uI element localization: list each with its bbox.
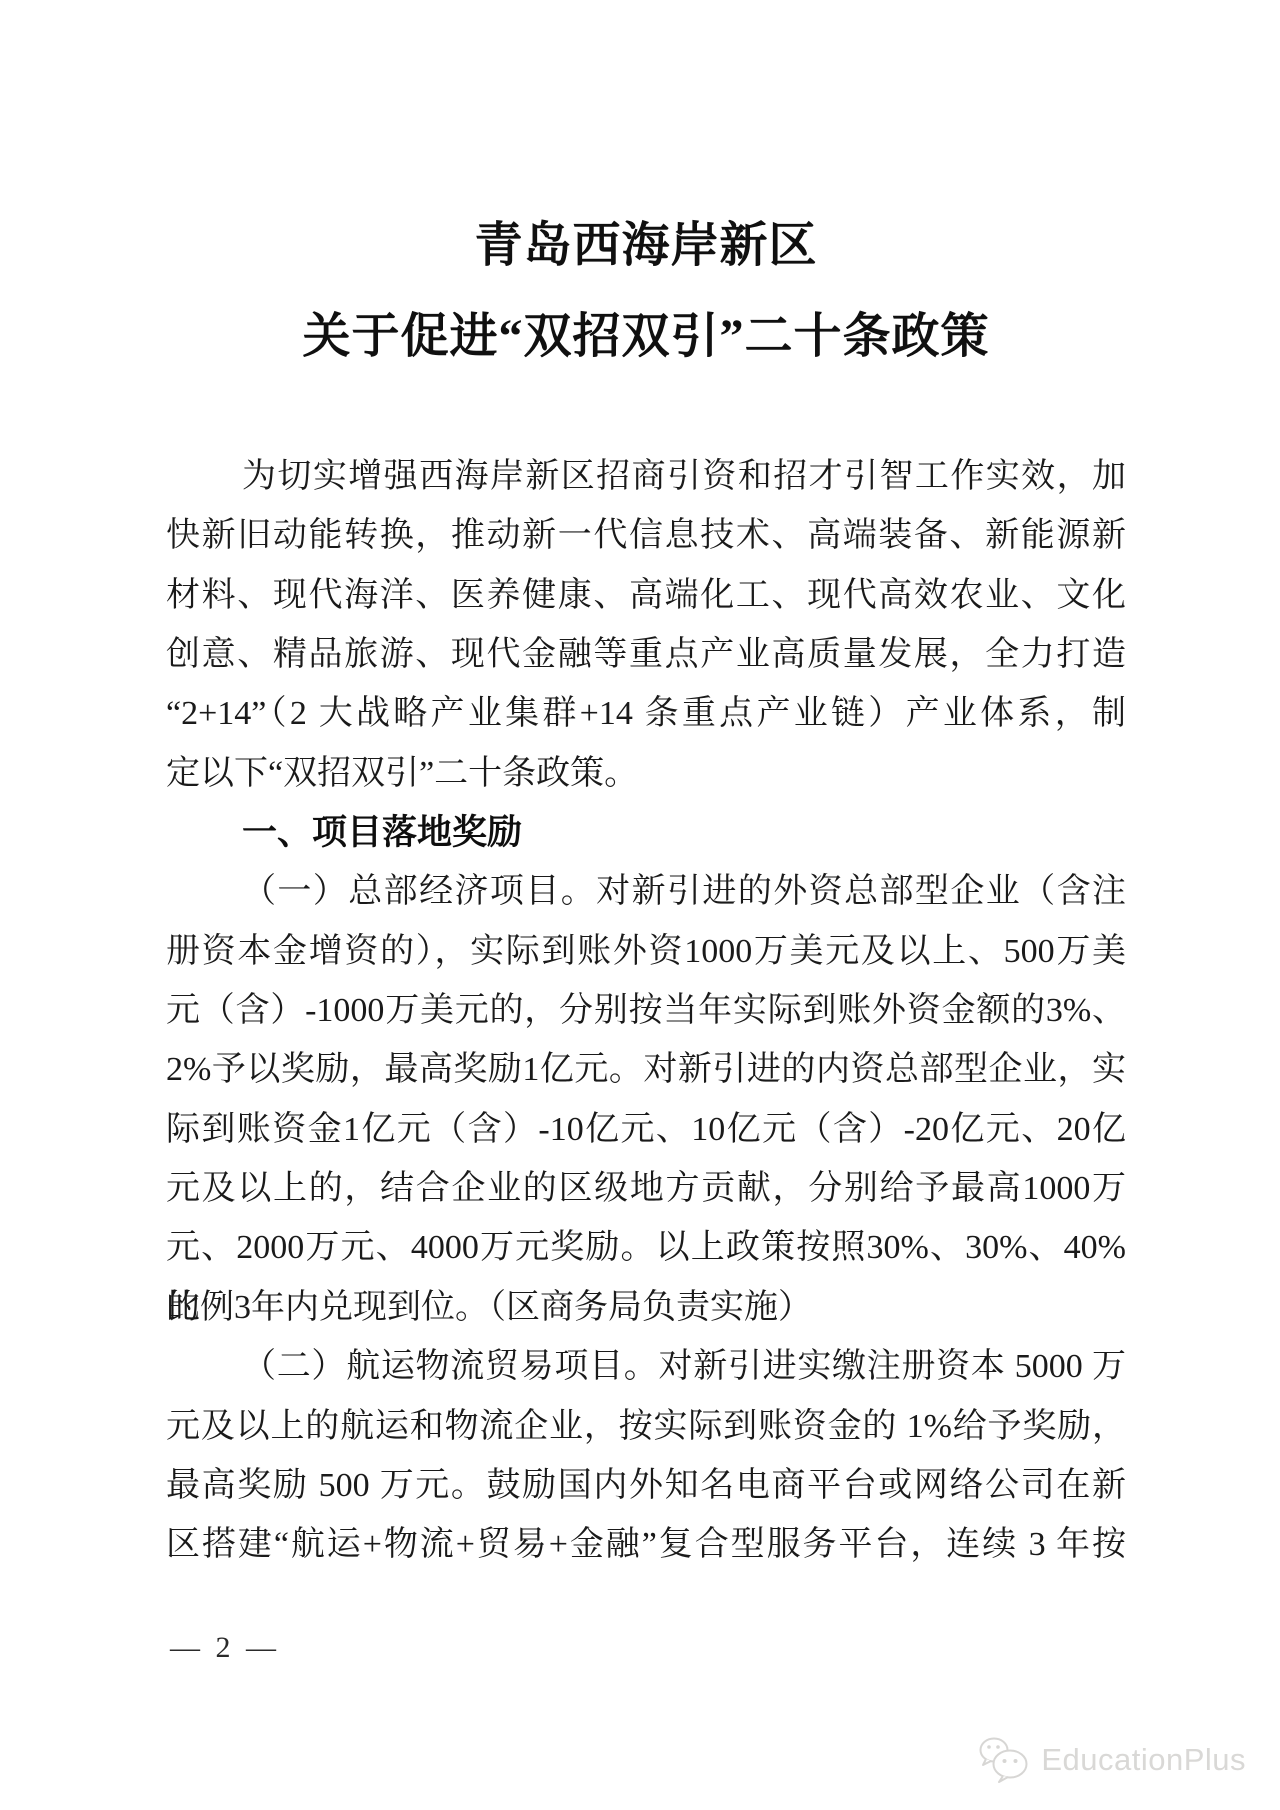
document-page: 青岛西海岸新区 关于促进“双招双引”二十条政策 为切实增强西海岸新区招商引资和招… bbox=[0, 0, 1280, 1810]
body-line-6: 定以下“双招双引”二十条政策。 bbox=[166, 744, 1126, 803]
body-line-13: 元及以上的，结合企业的区级地方贡献，分别给予最高1000万 bbox=[166, 1159, 1126, 1218]
watermark: EducationPlus bbox=[977, 1736, 1246, 1784]
body-line-19: 区搭建“航运+物流+贸易+金融”复合型服务平台，连续 3 年按 bbox=[166, 1515, 1126, 1574]
doc-body: 为切实增强西海岸新区招商引资和招才引智工作实效，加快新旧动能转换，推动新一代信息… bbox=[166, 447, 1126, 1575]
wechat-icon bbox=[977, 1736, 1031, 1784]
body-line-17: 元及以上的航运和物流企业，按实际到账资金的 1%给予奖励， bbox=[166, 1397, 1126, 1456]
body-line-11: 2%予以奖励，最高奖励1亿元。对新引进的内资总部型企业，实 bbox=[166, 1040, 1126, 1099]
watermark-label: EducationPlus bbox=[1041, 1738, 1246, 1782]
body-line-9: 册资本金增资的），实际到账外资1000万美元及以上、500万美 bbox=[166, 922, 1126, 981]
page-number: — 2 — bbox=[170, 1628, 280, 1668]
doc-title-line2: 关于促进“双招双引”二十条政策 bbox=[166, 301, 1126, 373]
body-line-8: （一）总部经济项目。对新引进的外资总部型企业（含注 bbox=[166, 862, 1126, 921]
body-line-7: 一、项目落地奖励 bbox=[166, 803, 1126, 862]
body-line-18: 最高奖励 500 万元。鼓励国内外知名电商平台或网络公司在新 bbox=[166, 1456, 1126, 1515]
body-line-4: 创意、精品旅游、现代金融等重点产业高质量发展，全力打造 bbox=[166, 625, 1126, 684]
body-line-16: （二）航运物流贸易项目。对新引进实缴注册资本 5000 万 bbox=[166, 1337, 1126, 1396]
body-line-1: 为切实增强西海岸新区招商引资和招才引智工作实效，加 bbox=[166, 447, 1126, 506]
body-line-12: 际到账资金1亿元（含）-10亿元、10亿元（含）-20亿元、20亿 bbox=[166, 1100, 1126, 1159]
doc-title-line1: 青岛西海岸新区 bbox=[166, 210, 1126, 282]
body-line-14: 元、2000万元、4000万元奖励。以上政策按照30%、30%、40%的 bbox=[166, 1218, 1126, 1277]
body-line-2: 快新旧动能转换，推动新一代信息技术、高端装备、新能源新 bbox=[166, 506, 1126, 565]
body-line-10: 元（含）-1000万美元的，分别按当年实际到账外资金额的3%、 bbox=[166, 981, 1126, 1040]
body-line-15: 比例3年内兑现到位。（区商务局负责实施） bbox=[166, 1278, 1126, 1337]
body-line-3: 材料、现代海洋、医养健康、高端化工、现代高效农业、文化 bbox=[166, 566, 1126, 625]
body-line-5: “2+14”（2 大战略产业集群+14 条重点产业链）产业体系，制 bbox=[166, 684, 1126, 743]
